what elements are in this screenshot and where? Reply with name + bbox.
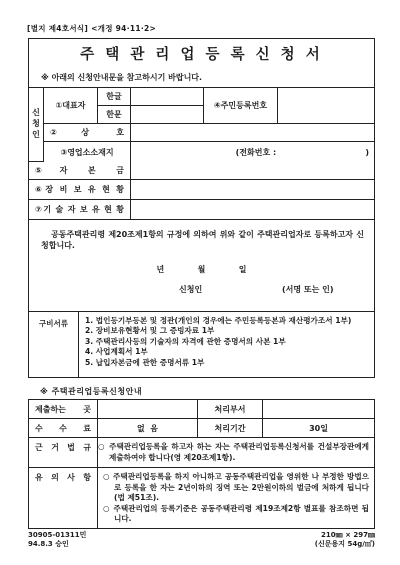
document-item: 5. 납입자본금에 관한 증명서류 1부 bbox=[85, 358, 370, 368]
dept-label: 처리부서 bbox=[198, 400, 263, 419]
form-page: [별지 제4호서식] <개정 94·11·2> 주 택 관 리 업 등 록 신 … bbox=[0, 0, 400, 565]
declaration-sign-note: (서명 또는 인) bbox=[282, 284, 334, 295]
legal-basis-text: ○ 주택관리업등록을 하고자 하는 자는 주택관리업등록신청서를 건설부장관에게… bbox=[98, 438, 374, 463]
hanja-label: 한문 bbox=[98, 106, 131, 124]
document-item: 1. 법인등기부등본 및 정관(개인의 경우에는 주민등록등본과 재산평가조서 … bbox=[85, 316, 370, 326]
hangul-label: 한글 bbox=[98, 88, 131, 106]
trade-name-label-text: ②상 호 bbox=[44, 127, 130, 138]
capital-equipment-grid: ⑤자 본 금 ⑥장 비 보 유 현 황 ⑦기 술 자 보 유 현 황 bbox=[29, 162, 374, 220]
representative-label: ①대표자 bbox=[44, 88, 98, 124]
engineers-field bbox=[131, 200, 374, 220]
resident-no-field bbox=[278, 88, 374, 124]
form-title-row: 주 택 관 리 업 등 록 신 청 서 bbox=[29, 39, 374, 67]
declaration-block: 공동주택관리령 제20조제1항의 규정에 의하여 위와 같이 주택관리업자로 등… bbox=[29, 220, 374, 312]
caution-label: 유 의 사 항 bbox=[29, 468, 98, 528]
office-label: ③영업소소재지 bbox=[44, 142, 131, 162]
caution-text-cell: ○ 주택관리업등록을 하지 아니하고 공동주택관리업을 영위한 나 부정한 방법… bbox=[98, 468, 374, 528]
legal-basis-text-cell: ○ 주택관리업등록을 하고자 하는 자는 주택관리업등록신청서를 건설부장관에게… bbox=[98, 438, 374, 468]
document-item: 4. 사업계획서 1부 bbox=[85, 347, 370, 357]
capital-label: ⑤자 본 금 bbox=[29, 162, 131, 180]
engineers-label: ⑦기 술 자 보 유 현 황 bbox=[29, 200, 131, 220]
form-reference: [별지 제4호서식] <개정 94·11·2> bbox=[27, 23, 156, 34]
trade-name-field bbox=[131, 124, 374, 142]
engineers-label-text: ⑦기 술 자 보 유 현 황 bbox=[29, 204, 130, 215]
fee-label-text: 수 수 료 bbox=[29, 423, 97, 434]
guide-heading: ※ 주택관리업등록신청안내 bbox=[40, 386, 142, 397]
required-documents-row: 구비서류 1. 법인등기부등본 및 정관(개인의 경우에는 주민등록등본과 재산… bbox=[29, 312, 374, 377]
legal-basis-label: 근 거 법 규 bbox=[29, 438, 98, 468]
fee-label: 수 수 료 bbox=[29, 419, 98, 438]
applicant-vertical-label: 신청인 bbox=[29, 88, 44, 162]
paper-size: 210㎜ × 297㎜ bbox=[315, 531, 375, 540]
documents-label: 구비서류 bbox=[29, 312, 79, 377]
office-field: (전화번호 : ) bbox=[131, 142, 374, 162]
fee-value: 없 음 bbox=[98, 419, 198, 438]
period-label: 처리기간 bbox=[198, 419, 263, 438]
caution-list: ○ 주택관리업등록을 하지 아니하고 공동주택관리업을 영위한 나 부정한 방법… bbox=[98, 468, 374, 525]
dept-field bbox=[263, 400, 374, 419]
equipment-label-text: ⑥장 비 보 유 현 황 bbox=[29, 184, 130, 195]
form-notice: ※ 아래의 신청안내문을 참고하시기 바랍니다. bbox=[29, 67, 374, 88]
submit-place-label: 제출하는 곳 bbox=[29, 400, 98, 419]
paper-spec: (신문용지 54g/㎡) bbox=[315, 540, 375, 549]
declaration-date-line: 년 월 일 bbox=[29, 264, 374, 275]
document-item: 3. 주택관리사등의 기술자의 자격에 관한 증명서의 사본 1부 bbox=[85, 337, 370, 347]
representative-hanja-field bbox=[131, 106, 204, 124]
footer-form-number: 30905-01311민 94.8.3 승인 bbox=[28, 531, 86, 549]
caution-label-text: 유 의 사 항 bbox=[29, 472, 97, 483]
resident-no-label: ④주민등록번호 bbox=[204, 88, 278, 124]
document-item: 2. 장비보유현황서 및 그 증빙자료 1부 bbox=[85, 326, 370, 336]
period-value: 30일 bbox=[263, 419, 374, 438]
submit-place-field bbox=[98, 400, 198, 419]
capital-label-text: ⑤자 본 금 bbox=[29, 165, 130, 176]
applicant-info-grid: 신청인 ①대표자 한글 ④주민등록번호 한문 ②상 호 ③영업소소재지 (전화번… bbox=[29, 88, 374, 162]
approval-date: 94.8.3 승인 bbox=[28, 540, 86, 549]
submit-place-label-text: 제출하는 곳 bbox=[29, 404, 97, 415]
declaration-signer-label: 신청인 bbox=[179, 284, 202, 295]
documents-list: 1. 법인등기부등본 및 정관(개인의 경우에는 주민등록등본과 재산평가조서 … bbox=[79, 312, 374, 377]
equipment-label: ⑥장 비 보 유 현 황 bbox=[29, 180, 131, 200]
equipment-field bbox=[131, 180, 374, 200]
trade-name-label: ②상 호 bbox=[44, 124, 131, 142]
guide-table: 제출하는 곳 처리부서 수 수 료 없 음 처리기간 30일 근 거 법 규 ○… bbox=[28, 399, 375, 529]
form-title: 주 택 관 리 업 등 록 신 청 서 bbox=[80, 43, 323, 64]
footer-paper-spec: 210㎜ × 297㎜ (신문용지 54g/㎡) bbox=[315, 531, 375, 549]
legal-basis-label-text: 근 거 법 규 bbox=[29, 442, 97, 453]
declaration-body: 공동주택관리령 제20조제1항의 규정에 의하여 위와 같이 주택관리업자로 등… bbox=[29, 220, 374, 251]
caution-item: ○ 주택관리업의 등록기준은 공동주택관리령 제19조제2항 별표를 참조하면 … bbox=[103, 504, 369, 525]
capital-field bbox=[131, 162, 374, 180]
application-form-box: 주 택 관 리 업 등 록 신 청 서 ※ 아래의 신청안내문을 참고하시기 바… bbox=[28, 38, 375, 378]
representative-hangul-field bbox=[131, 88, 204, 106]
caution-item: ○ 주택관리업등록을 하지 아니하고 공동주택관리업을 영위한 나 부정한 방법… bbox=[103, 472, 369, 504]
form-number: 30905-01311민 bbox=[28, 531, 86, 540]
